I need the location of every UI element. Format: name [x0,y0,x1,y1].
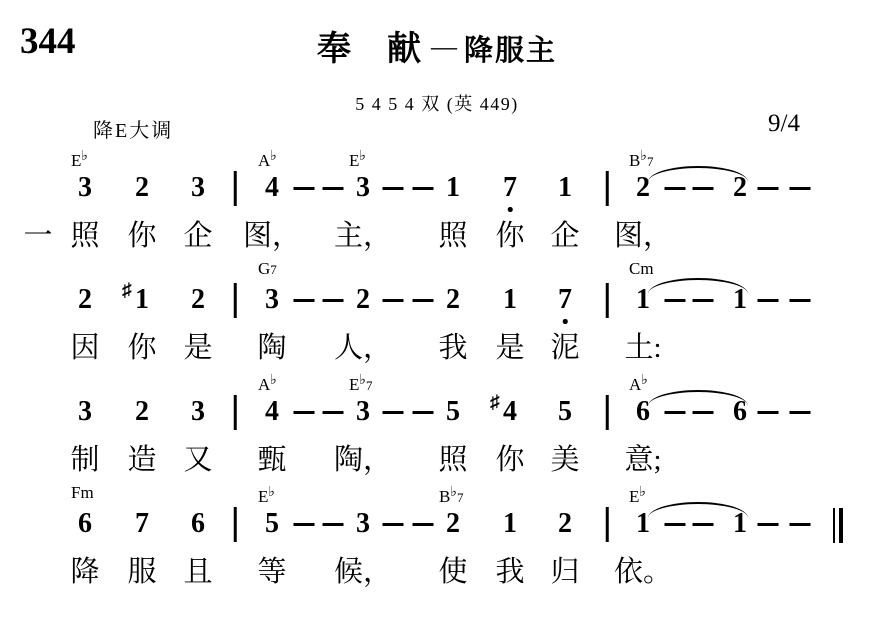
duration-dash [383,299,404,302]
lyric-syllable: 等 [257,556,286,588]
note-digit: 3 [191,398,205,426]
lyric-syllable: 是 [495,332,524,364]
note-digit: 6 [78,510,92,538]
flat-symbol: ♭ [450,485,457,500]
lyric-syllable: 你 [127,332,156,364]
note-digit: 4 [265,174,279,202]
chord-char: E [71,151,81,170]
flat-symbol: ♭ [641,373,648,388]
lyric-syllable: 主， [334,220,392,252]
duration-dash [665,187,686,190]
chord-char: G [258,259,270,278]
duration-dash [790,299,811,302]
duration-dash [758,411,779,414]
note-digit: 1 [733,286,747,314]
duration-dash [383,523,404,526]
chord-char: A [258,151,270,170]
lyric-syllable: 因 [70,332,99,364]
note-digit: 3 [356,174,370,202]
chord-char: C [629,259,640,278]
duration-dash [294,411,315,414]
chord-label: B♭7 [439,483,463,508]
chord-char: A [629,375,641,394]
lyric-syllable: 使 [438,556,467,588]
chord-char: 7 [270,262,277,277]
duration-dash [413,187,434,190]
flat-symbol: ♭ [270,373,277,388]
lyric-syllable: 依。 [614,556,672,588]
lyric-syllable: 降 [70,556,99,588]
note-digit: 5 [265,510,279,538]
duration-dash [790,411,811,414]
barline [234,507,237,542]
duration-dash [665,299,686,302]
chord-char: m [640,259,653,278]
lyric-syllable: 陶， [334,444,392,476]
lyric-syllable: 你 [127,220,156,252]
note-digit: 1 [558,174,572,202]
chord-char: 7 [647,154,654,169]
lyric-syllable: 美 [550,444,579,476]
lyric-syllable: 候， [334,556,392,588]
barline [234,171,237,206]
hymn-page: { "header": { "hymn_number": "344", "tit… [0,0,874,623]
chord-label: G7 [258,259,277,280]
chord-char: 7 [457,490,464,505]
chord-label: Cm [629,259,654,279]
chord-label: E♭7 [349,371,373,396]
lyric-syllable: 企 [183,220,212,252]
note-digit: 1 [733,510,747,538]
lyric-syllable: 意; [624,444,661,476]
note-digit: 7 [558,286,572,314]
chord-char: E [629,487,639,506]
note-digit: 7 [135,510,149,538]
lyric-syllable: 归 [550,556,579,588]
note-digit: 2 [446,286,460,314]
chord-char: 7 [366,378,373,393]
duration-dash [693,523,714,526]
note-digit: 2 [446,510,460,538]
duration-dash [758,187,779,190]
note-digit: 3 [356,398,370,426]
lyric-syllable: 我 [438,332,467,364]
note-digit: 1 [503,286,517,314]
duration-dash [758,299,779,302]
lyric-syllable: 服 [127,556,156,588]
lyric-syllable: 陶 [257,332,286,364]
barline [606,171,609,206]
chord-label: A♭ [258,371,277,395]
note-digit: 2 [558,510,572,538]
note-digit: ♯4 [503,398,517,426]
lyric-syllable: 泥 [550,332,579,364]
note-digit: 3 [265,286,279,314]
sharp-accidental: ♯ [490,393,500,412]
system-2: 2因♯1你2是3G7陶2人，2我1是7泥1Cm土:1 [0,262,874,374]
final-barline [833,508,843,543]
lyric-syllable: 制 [70,444,99,476]
duration-dash [413,523,434,526]
chord-char: B [629,151,640,170]
lyric-syllable: 土: [624,332,661,364]
duration-dash [693,411,714,414]
duration-dash [693,299,714,302]
lyric-syllable: 照 [70,220,99,252]
note-digit: 2 [78,286,92,314]
note-digit: 2 [191,286,205,314]
note-digit: 4 [265,398,279,426]
verse-number: 一 [23,220,52,252]
chord-label: B♭7 [629,147,653,172]
note-digit: 5 [558,398,572,426]
flat-symbol: ♭ [639,485,646,500]
note-digit: 2 [733,174,747,202]
duration-dash [665,523,686,526]
chord-label: E♭ [629,483,646,507]
duration-dash [294,187,315,190]
duration-dash [693,187,714,190]
chord-char: E [349,375,359,394]
barline [234,395,237,430]
chord-label: E♭ [349,147,366,171]
note-digit: 7 [503,174,517,202]
duration-dash [665,411,686,414]
note-digit: 1 [503,510,517,538]
note-digit: 6 [733,398,747,426]
chord-char: A [258,375,270,394]
chord-label: E♭ [71,147,88,171]
lyric-syllable: 图， [614,220,672,252]
sharp-accidental: ♯ [122,281,132,300]
note-digit: ♯1 [135,286,149,314]
barline [234,283,237,318]
chord-char: E [349,151,359,170]
duration-dash [413,411,434,414]
system-1: 3E♭照2你3企4A♭图，3E♭主，1照7你1企2B♭7图，2 [0,150,874,262]
chord-label: A♭ [629,371,648,395]
lyric-syllable: 照 [438,220,467,252]
chord-label: Fm [71,483,94,503]
chord-char: E [258,487,268,506]
duration-dash [294,299,315,302]
note-digit: 2 [135,398,149,426]
chord-char: m [80,483,93,502]
flat-symbol: ♭ [359,373,366,388]
note-digit: 1 [446,174,460,202]
lyric-syllable: 又 [183,444,212,476]
barline [606,507,609,542]
duration-dash [790,523,811,526]
flat-symbol: ♭ [81,149,88,164]
flat-symbol: ♭ [359,149,366,164]
duration-dash [383,411,404,414]
flat-symbol: ♭ [640,149,647,164]
note-digit: 5 [446,398,460,426]
lyric-syllable: 甄 [257,444,286,476]
chord-label: A♭ [258,147,277,171]
chord-char: B [439,487,450,506]
flat-symbol: ♭ [268,485,275,500]
duration-dash [323,299,344,302]
duration-dash [294,523,315,526]
duration-dash [790,187,811,190]
lyric-syllable: 且 [183,556,212,588]
duration-dash [323,411,344,414]
note-digit: 3 [78,174,92,202]
system-3: 3制2造3又4A♭甄3E♭7陶，5照♯4你5美6A♭意;6 [0,374,874,486]
lyric-syllable: 是 [183,332,212,364]
note-digit: 2 [135,174,149,202]
lyric-syllable: 人， [334,332,392,364]
note-digit: 6 [191,510,205,538]
note-digit: 2 [356,286,370,314]
note-digit: 3 [356,510,370,538]
note-digit: 3 [78,398,92,426]
lyric-syllable: 照 [438,444,467,476]
lyric-syllable: 图， [243,220,301,252]
duration-dash [383,187,404,190]
flat-symbol: ♭ [270,149,277,164]
duration-dash [413,299,434,302]
lyric-syllable: 企 [550,220,579,252]
duration-dash [323,523,344,526]
low-octave-dot [508,207,513,212]
barline [606,395,609,430]
music-sheet: 3E♭照2你3企4A♭图，3E♭主，1照7你1企2B♭7图，22因♯1你2是3G… [0,0,874,623]
low-octave-dot [563,319,568,324]
chord-label: E♭ [258,483,275,507]
lyric-syllable: 造 [127,444,156,476]
lyric-syllable: 你 [495,220,524,252]
note-digit: 3 [191,174,205,202]
duration-dash [758,523,779,526]
system-4: 6Fm降7服6且5E♭等3候，2B♭7使1我2归1E♭依。1 [0,486,874,598]
lyric-syllable: 你 [495,444,524,476]
barline [606,283,609,318]
lyric-syllable: 我 [495,556,524,588]
duration-dash [323,187,344,190]
